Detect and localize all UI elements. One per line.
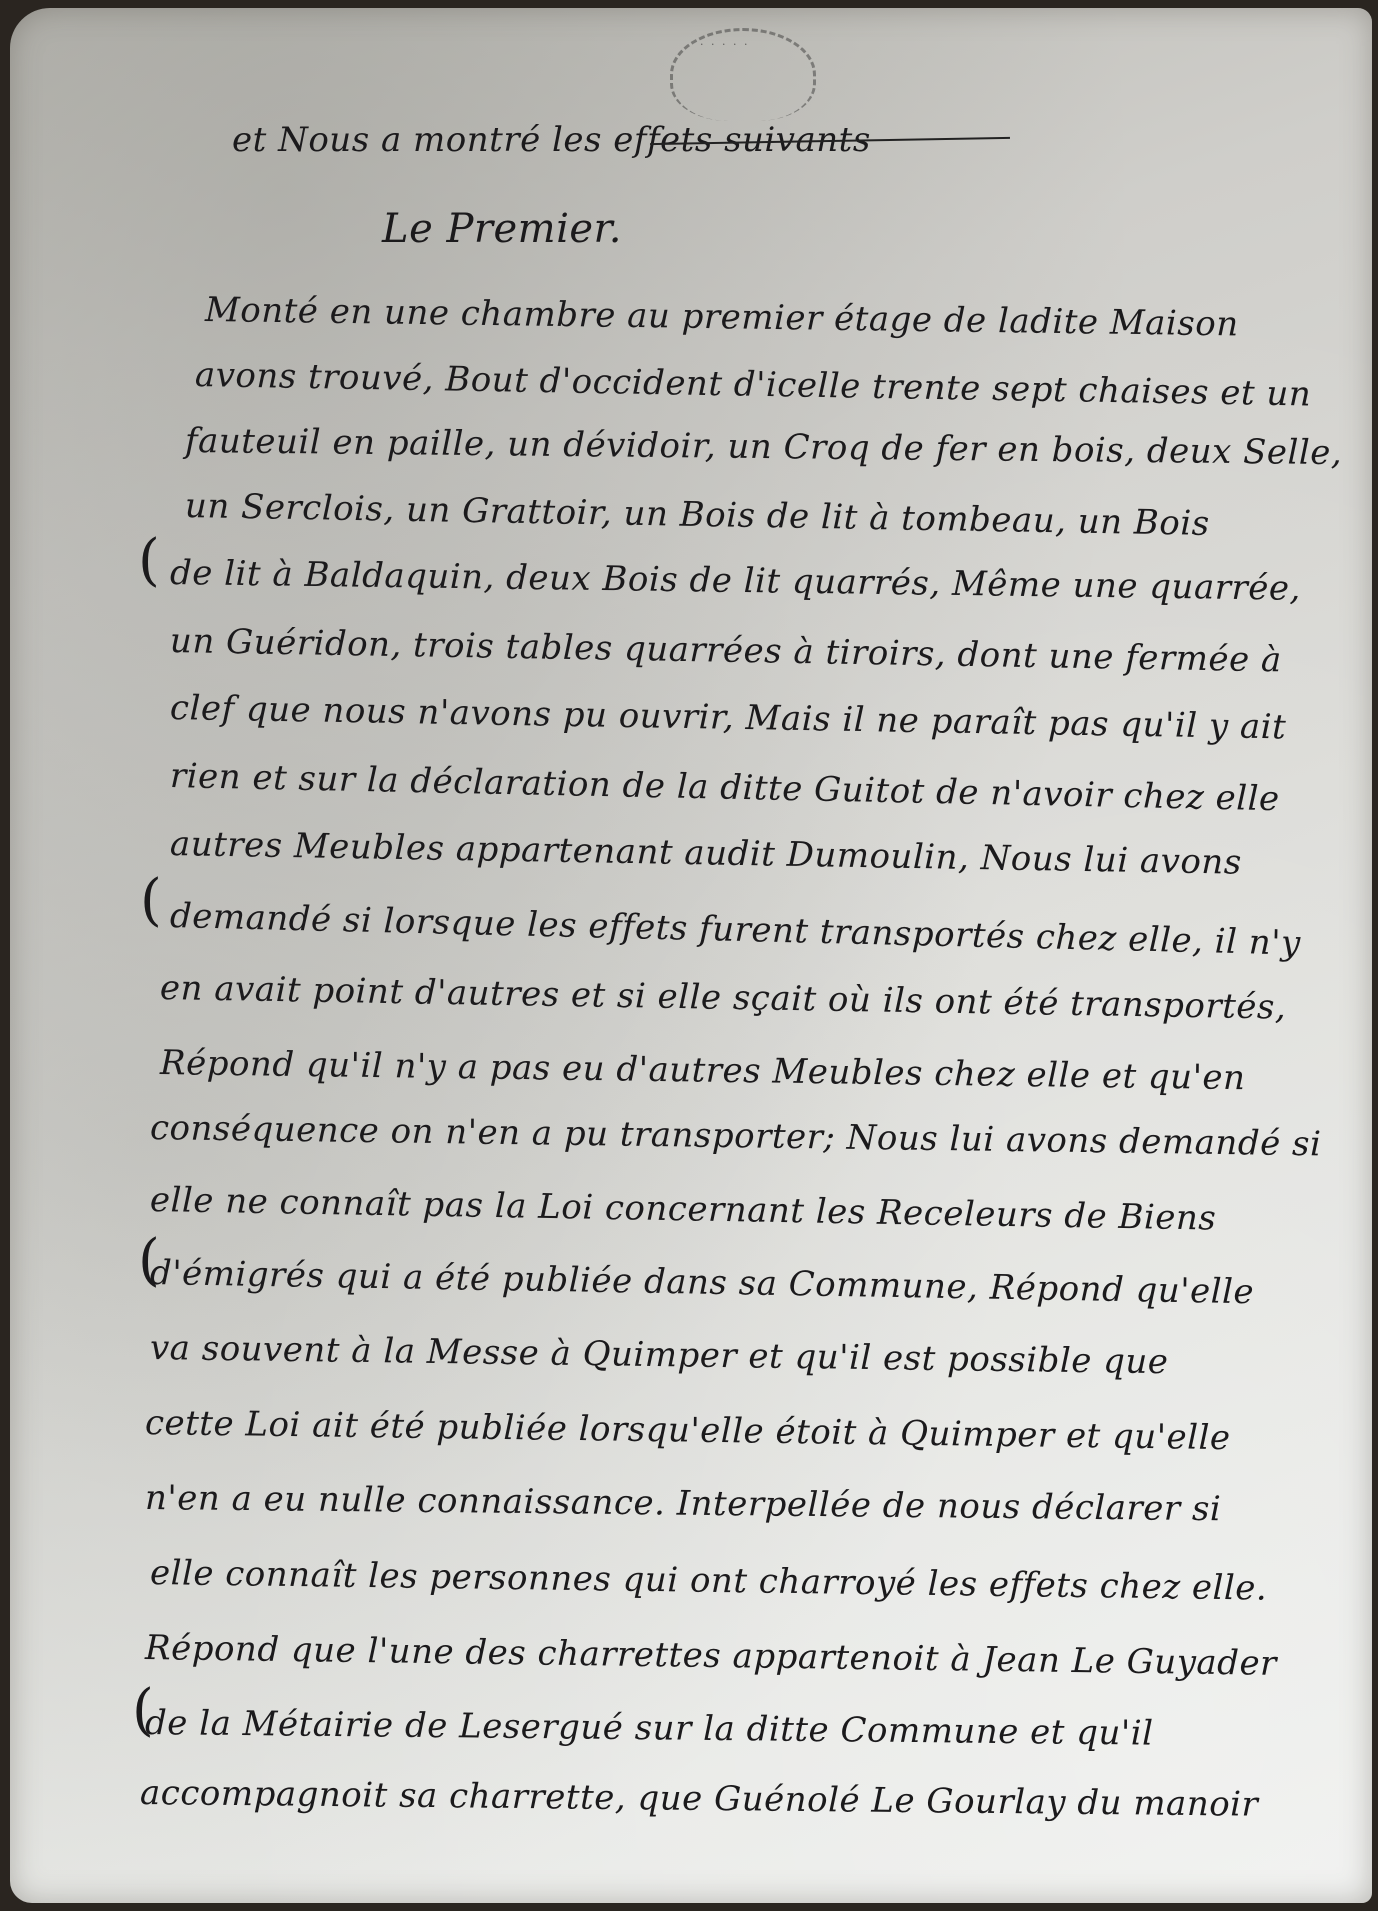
- text-line: n'en a eu nulle connaissance. Interpellé…: [145, 1478, 1222, 1529]
- text-line: va souvent à la Messe à Quimper et qu'il…: [150, 1328, 1169, 1382]
- manuscript-page: · · · · · et Nous a montré les effets su…: [10, 8, 1372, 1903]
- text-line: autres Meubles appartenant audit Dumouli…: [170, 824, 1242, 883]
- text-line: fauteuil en paille, un dévidoir, un Croq…: [185, 421, 1343, 473]
- text-line: clef que nous n'avons pu ouvrir, Mais il…: [170, 688, 1287, 747]
- text-line: de lit à Baldaquin, deux Bois de lit qua…: [170, 553, 1301, 609]
- paragraph-flourish-icon: (: [138, 1228, 160, 1293]
- text-line: accompagnoit sa charrette, que Guénolé L…: [140, 1773, 1259, 1825]
- text-line: cette Loi ait été publiée lorsqu'elle ét…: [145, 1403, 1231, 1458]
- text-line: Répond que l'une des charrettes apparten…: [145, 1628, 1277, 1684]
- paragraph-flourish-icon: (: [132, 1678, 154, 1743]
- text-line: en avait point d'autres et si elle sçait…: [160, 968, 1287, 1028]
- section-title: Le Premier.: [382, 206, 622, 252]
- text-line: demandé si lorsque les effets furent tra…: [170, 896, 1302, 964]
- text-line: d'émigrés qui a été publiée dans sa Comm…: [150, 1253, 1255, 1312]
- text-line: un Guéridon, trois tables quarrées à tir…: [170, 621, 1282, 680]
- text-line: Répond qu'il n'y a pas eu d'autres Meubl…: [160, 1043, 1246, 1098]
- text-line: avons trouvé, Bout d'occident d'icelle t…: [195, 355, 1312, 414]
- paragraph-flourish-icon: (: [140, 868, 162, 933]
- text-line: de la Métairie de Lesergué sur la ditte …: [145, 1703, 1154, 1754]
- stamp-text: · · · · ·: [700, 38, 749, 51]
- text-line: Monté en une chambre au premier étage de…: [205, 290, 1239, 344]
- text-line: rien et sur la déclaration de la ditte G…: [170, 756, 1280, 819]
- paragraph-flourish-icon: (: [138, 528, 160, 593]
- text-line: un Serclois, un Grattoir, un Bois de lit…: [185, 486, 1210, 544]
- text-line: elle ne connaît pas la Loi concernant le…: [150, 1180, 1217, 1239]
- text-line: conséquence on n'en a pu transporter; No…: [150, 1108, 1322, 1164]
- text-line: elle connaît les personnes qui ont charr…: [150, 1553, 1268, 1609]
